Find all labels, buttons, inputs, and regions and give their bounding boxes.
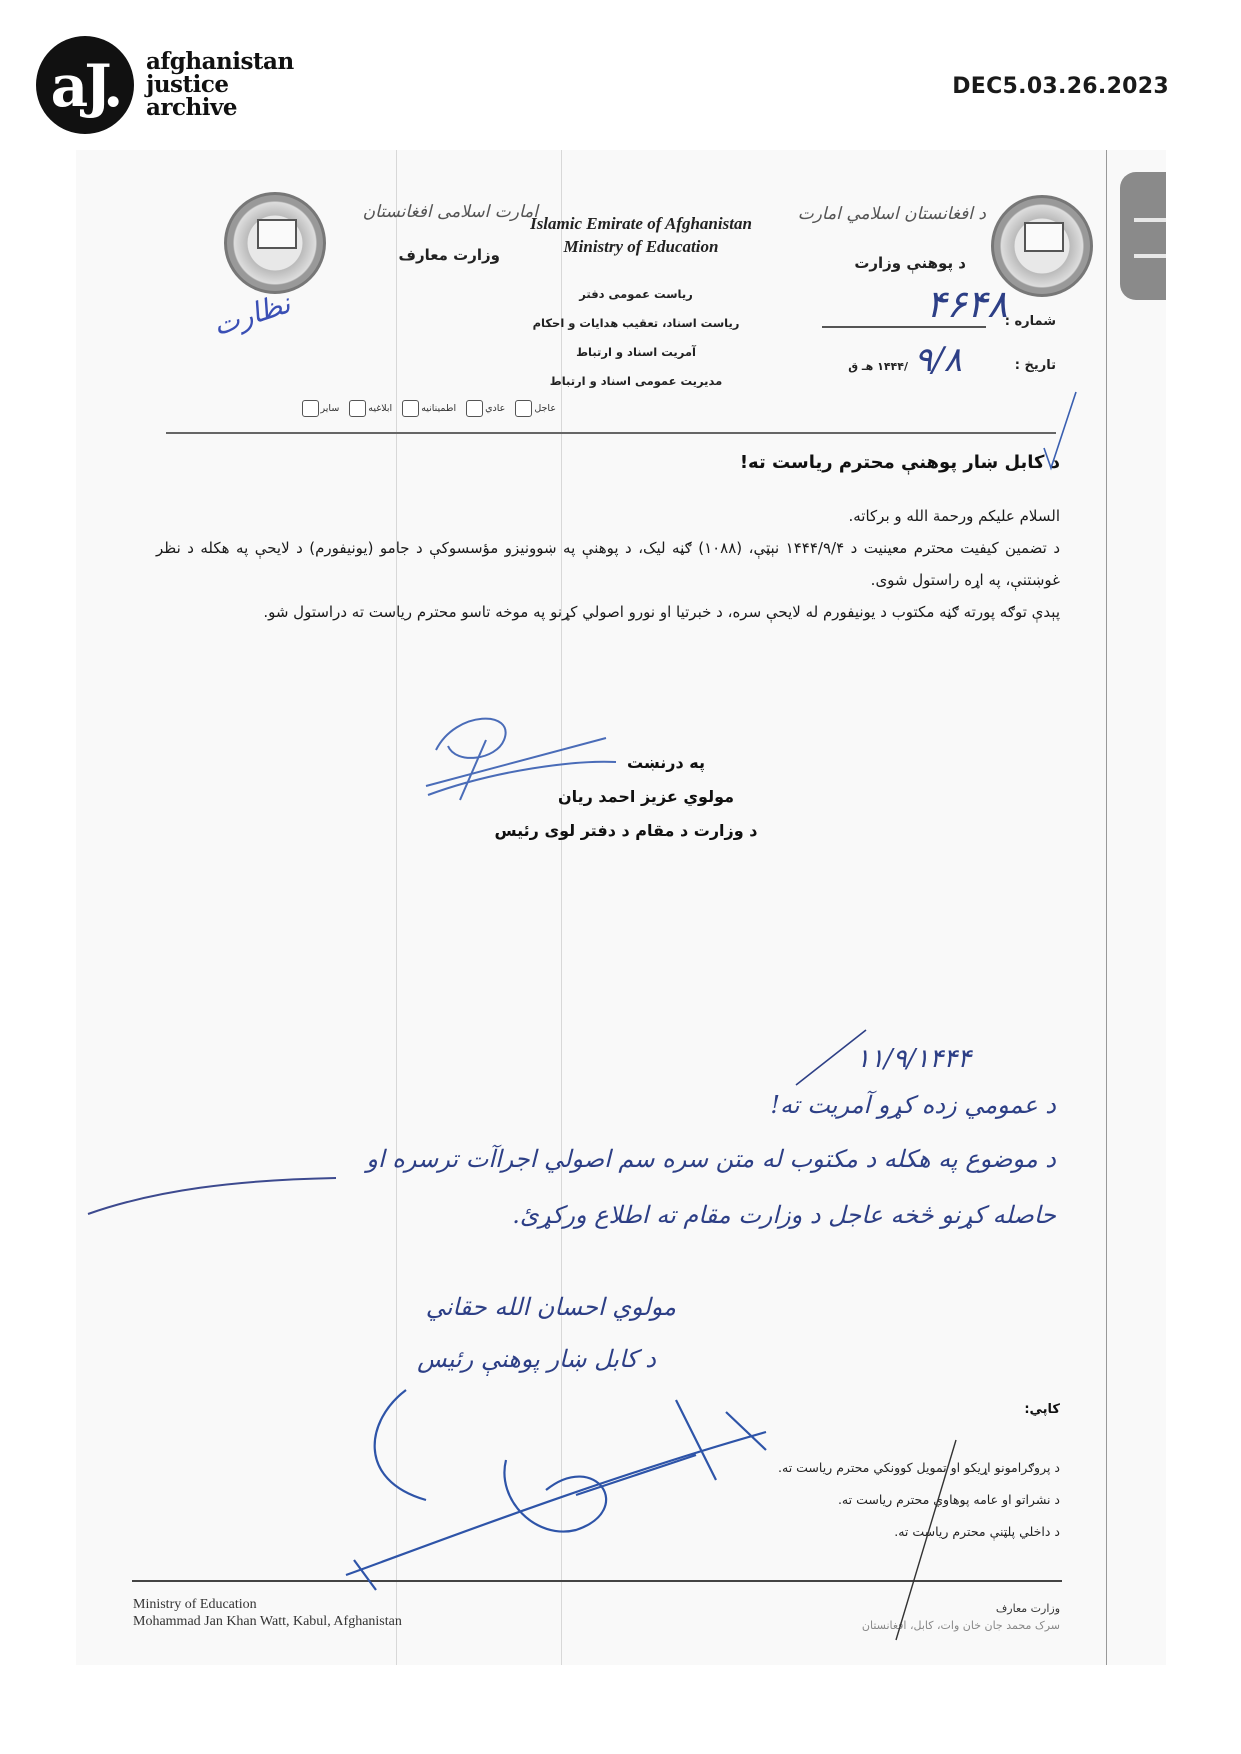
number-label: شماره : — [986, 314, 1056, 329]
department-line: ریاست اسناد، تعقیب هدایات و احکام — [516, 309, 756, 338]
archive-logo-glyph: aJ. — [36, 38, 134, 136]
signer-title: د وزارت د مقام د دفتر لوی رئیس — [456, 814, 796, 848]
greeting: السلام علیکم ورحمة الله و برکاته. — [156, 500, 1060, 532]
closing: په درنښت — [456, 746, 796, 780]
checkbox-box[interactable] — [402, 400, 419, 417]
copy-recipient: د داخلي پلټنې محترم ریاست ته. — [636, 1516, 1060, 1548]
number-underline — [822, 326, 986, 328]
checkbox-box[interactable] — [466, 400, 483, 417]
department-list: ریاست عمومی دفتر ریاست اسناد، تعقیب هدای… — [516, 280, 756, 396]
document-id: DEC5.03.26.2023 — [952, 74, 1169, 99]
checkbox-normal[interactable]: عادي — [466, 400, 505, 417]
signature-block: په درنښت مولوي عزیز احمد ریان د وزارت د … — [456, 746, 796, 848]
checkbox-box[interactable] — [515, 400, 532, 417]
date-handwritten: ۹/۸ — [914, 340, 962, 380]
archive-name-line-3: archive — [146, 96, 294, 119]
footer-dari-line-1: وزارت معارف — [836, 1600, 1060, 1617]
footer-english: Ministry of Education Mohammad Jan Khan … — [133, 1596, 402, 1630]
department-line: آمریت اسناد و ارتباط — [516, 338, 756, 367]
right-ministry-name: د پوهنې وزارت — [816, 254, 966, 272]
department-line: ریاست عمومی دفتر — [516, 280, 756, 309]
body-paragraph-2: پېدې توګه پورته ګڼه مکتوب د یونیفورم له … — [156, 596, 1060, 628]
archive-name-line-2: justice — [146, 73, 294, 96]
checkbox-box[interactable] — [349, 400, 366, 417]
fold-line — [396, 150, 397, 1665]
copies-label: کاپي: — [976, 1402, 1060, 1417]
english-letterhead: Islamic Emirate of Afghanistan Ministry … — [506, 212, 776, 258]
annotation-line-3: حاصله کړنو څخه عاجل د وزارت مقام ته اطلا… — [416, 1186, 1056, 1244]
handwritten-note-supervision: نظارت — [209, 287, 295, 343]
archive-name: afghanistan justice archive — [146, 50, 294, 119]
checkbox-other[interactable]: سایر — [302, 400, 340, 417]
ministry-emblem-left — [224, 192, 326, 294]
addressee: د کابل ښار پوهنې محترم ریاست ته! — [576, 452, 1060, 473]
english-letterhead-line-1: Islamic Emirate of Afghanistan — [506, 212, 776, 235]
english-letterhead-line-2: Ministry of Education — [506, 235, 776, 258]
date-year-suffix: /۱۴۴۴ هـ ق — [804, 360, 908, 373]
footer-english-line-2: Mohammad Jan Khan Watt, Kabul, Afghanist… — [133, 1613, 402, 1630]
annotation-line-2: د موضوع په هکله د مکتوب له متن سره سم اص… — [226, 1130, 1056, 1188]
checkbox-assurance[interactable]: اطمینانیه — [402, 400, 456, 417]
archive-name-line-1: afghanistan — [146, 50, 294, 73]
date-label: تاریخ : — [988, 358, 1056, 373]
copy-recipient: د پروګرامونو اړیکو او تمویل کوونکي محترم… — [636, 1452, 1060, 1484]
annotation-signer-title: د کابل ښار پوهنې رئیس — [366, 1330, 656, 1388]
footer-dari: وزارت معارف سرک محمد جان خان وات، کابل، … — [836, 1600, 1060, 1634]
checkbox-notification[interactable]: ابلاغیه — [349, 400, 392, 417]
footer-dari-line-2: سرک محمد جان خان وات، کابل، افغانستان — [836, 1617, 1060, 1634]
checkbox-urgent[interactable]: عاجل — [515, 400, 556, 417]
right-calligraphy: د افغانستان اسلامي امارت — [786, 204, 986, 224]
fold-line — [1106, 150, 1107, 1665]
copies-list: د پروګرامونو اړیکو او تمویل کوونکي محترم… — [636, 1452, 1060, 1548]
left-ministry-name: وزارت معارف — [338, 246, 500, 264]
copy-recipient: د نشراتو او عامه پوهاوي محترم ریاست ته. — [636, 1484, 1060, 1516]
signer-name: مولوي عزیز احمد ریان — [456, 780, 796, 814]
priority-checkboxes: عاجل عادي اطمینانیه ابلاغیه سایر — [186, 400, 556, 417]
annotation-signer: مولوي احسان الله حقاني — [376, 1278, 676, 1336]
scanned-letter: امارت اسلامی افغانستان وزارت معارف Islam… — [76, 150, 1166, 1665]
footer-english-line-1: Ministry of Education — [133, 1596, 402, 1613]
annotation-line-1: د عمومي زده کړو آمریت ته! — [636, 1076, 1056, 1134]
footer-divider — [132, 1580, 1062, 1582]
binder-tab — [1120, 172, 1166, 300]
header-divider — [166, 432, 1056, 434]
department-line: مدیریت عمومی اسناد و ارتباط — [516, 367, 756, 396]
checkbox-box[interactable] — [302, 400, 319, 417]
body-paragraph-1: د تضمین کیفیت محترم معینیت د ۱۴۴۴/۹/۴ نې… — [156, 532, 1060, 596]
